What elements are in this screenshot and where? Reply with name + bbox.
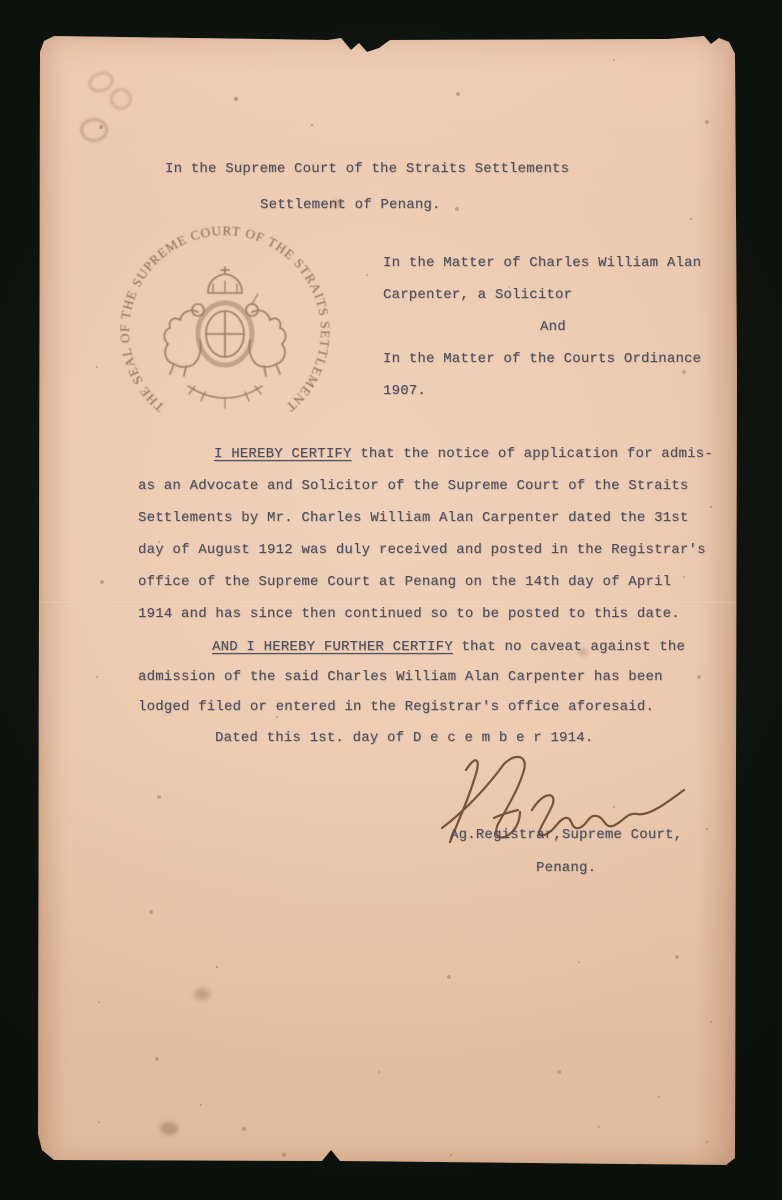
- registrar-place-line: Penang.: [536, 860, 596, 878]
- matter-line-4: In the Matter of the Courts Ordinance: [383, 351, 701, 369]
- matter-line-3: And: [540, 319, 566, 337]
- certify-para2-line3: lodged filed or entered in the Registrar…: [138, 699, 654, 717]
- certify-para2-line1-rest: that no caveat against the: [453, 639, 685, 655]
- certify-para1-line4: day of August 1912 was duly received and…: [138, 542, 706, 560]
- supreme-court-seal: THE SEAL OF THE SUPREME COURT OF THE STR…: [110, 216, 340, 446]
- certificate-paper: In the Supreme Court of the Straits Sett…: [38, 36, 737, 1165]
- stain-mark: [85, 68, 116, 96]
- certify-para2-line1: AND I HEREBY FURTHER CERTIFY that no cav…: [212, 639, 685, 657]
- svg-text:THE SEAL OF THE SUPREME COURT: THE SEAL OF THE SUPREME COURT OF THE STR…: [110, 216, 333, 415]
- tear-crease: [318, 15, 365, 52]
- matter-line-5: 1907.: [383, 383, 426, 401]
- certify-para1-line3: Settlements by Mr. Charles William Alan …: [138, 510, 689, 528]
- foxing-spots: [38, 36, 40, 38]
- certify-para1-line5: office of the Supreme Court at Penang on…: [138, 574, 671, 592]
- certify-para1-line1: I HEREBY CERTIFY that the notice of appl…: [214, 446, 713, 464]
- registrar-title-line: Ag.Registrar,Supreme Court,: [450, 827, 682, 845]
- stain-mark: [160, 1122, 178, 1135]
- certify-lead-2: AND I HEREBY FURTHER CERTIFY: [212, 639, 453, 655]
- matter-line-2: Carpenter, a Solicitor: [383, 287, 572, 305]
- court-heading-line1: In the Supreme Court of the Straits Sett…: [165, 161, 569, 179]
- fold-crease: [38, 602, 737, 604]
- stain-mark: [194, 988, 210, 1000]
- matter-line-1: In the Matter of Charles William Alan: [383, 255, 701, 273]
- court-heading-line2: Settlement of Penang.: [260, 197, 441, 215]
- stain-mark: [80, 118, 108, 142]
- certify-lead-1: I HEREBY CERTIFY: [214, 446, 352, 462]
- certify-para2-line2: admission of the said Charles William Al…: [138, 669, 663, 687]
- certify-para1-line2: as an Advocate and Solicitor of the Supr…: [138, 478, 689, 496]
- seal-ring-text: THE SEAL OF THE SUPREME COURT OF THE STR…: [110, 216, 333, 415]
- date-line: Dated this 1st. day of D e c e m b e r 1…: [215, 730, 593, 748]
- registrar-signature: [436, 748, 696, 863]
- certify-para1-line6: 1914 and has since then continued so to …: [138, 606, 680, 624]
- stain-mark: [110, 88, 132, 110]
- certify-para1-line1-rest: that the notice of application for admis…: [352, 446, 713, 462]
- coat-of-arms: [164, 267, 285, 408]
